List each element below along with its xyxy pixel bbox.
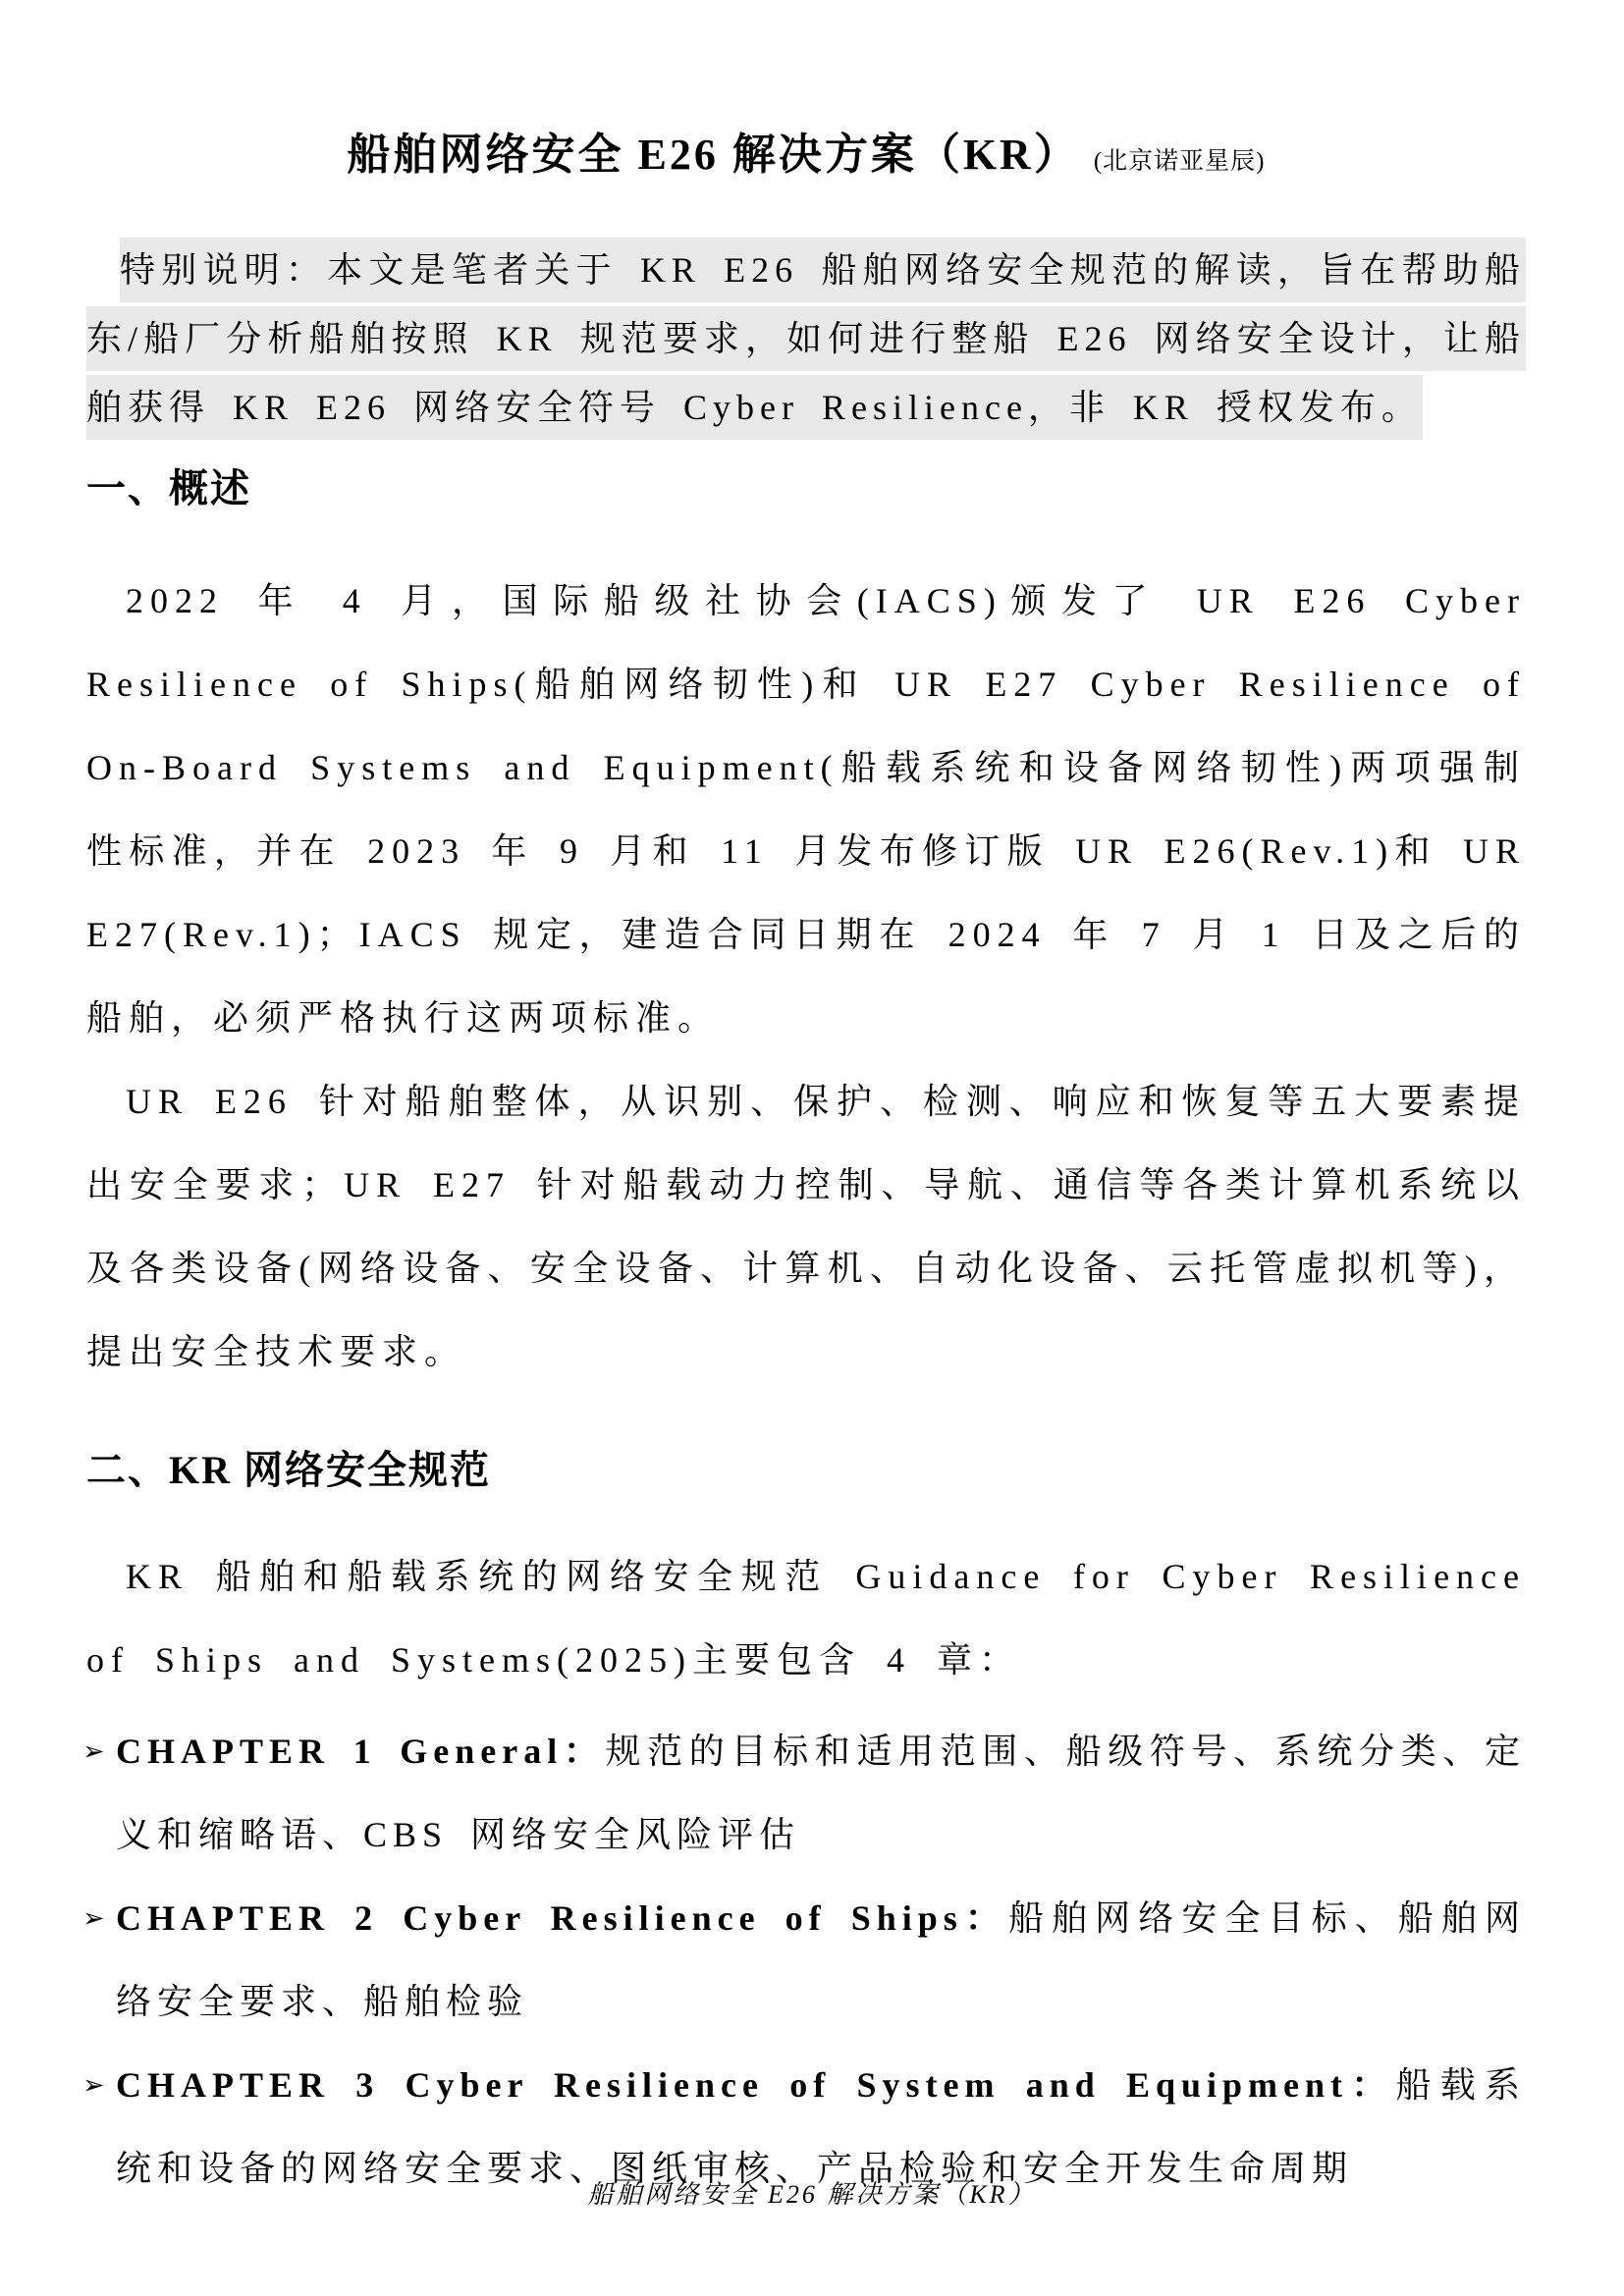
bullet-label: CHAPTER 2 Cyber Resilience of Ships： [116, 1898, 1008, 1938]
bullet-arrow-icon: ➢ [82, 1877, 105, 1960]
section-1-paragraph-1: 2022 年 4 月，国际船级社协会(IACS)颁发了 UR E26 Cyber… [86, 560, 1526, 1060]
title-note: (北京诺亚星辰) [1094, 148, 1266, 175]
bullet-item-chapter-2: ➢ CHAPTER 2 Cyber Resilience of Ships：船舶… [86, 1877, 1526, 2044]
special-note-paragraph: 特别说明：本文是笔者关于 KR E26 船舶网络安全规范的解读，旨在帮助船东/船… [86, 236, 1526, 442]
bullet-arrow-icon: ➢ [82, 2044, 105, 2127]
section-1-heading: 一、概述 [86, 461, 1526, 516]
bullet-label: CHAPTER 1 General： [116, 1732, 606, 1771]
bullet-arrow-icon: ➢ [82, 1710, 105, 1793]
special-note-highlighted-text: 特别说明：本文是笔者关于 KR E26 船舶网络安全规范的解读，旨在帮助船东/船… [86, 238, 1526, 440]
section-2-heading: 二、KR 网络安全规范 [86, 1443, 1526, 1498]
page-footer: 船舶网络安全 E26 解决方案（KR） [0, 2174, 1624, 2211]
bullet-item-chapter-1: ➢ CHAPTER 1 General：规范的目标和适用范围、船级符号、系统分类… [86, 1710, 1526, 1877]
section-2-intro-paragraph: KR 船舶和船载系统的网络安全规范 Guidance for Cyber Res… [86, 1535, 1526, 1702]
title-text: 船舶网络安全 E26 解决方案（KR） [347, 131, 1079, 179]
bullet-label: CHAPTER 3 Cyber Resilience of System and… [116, 2065, 1396, 2105]
chapter-bullet-list: ➢ CHAPTER 1 General：规范的目标和适用范围、船级符号、系统分类… [86, 1710, 1526, 2211]
section-1-paragraph-2: UR E26 针对船舶整体，从识别、保护、检测、响应和恢复等五大要素提出安全要求… [86, 1060, 1526, 1394]
document-title: 船舶网络安全 E26 解决方案（KR） (北京诺亚星辰) [86, 126, 1526, 191]
document-page: 船舶网络安全 E26 解决方案（KR） (北京诺亚星辰) 特别说明：本文是笔者关… [0, 0, 1624, 2296]
